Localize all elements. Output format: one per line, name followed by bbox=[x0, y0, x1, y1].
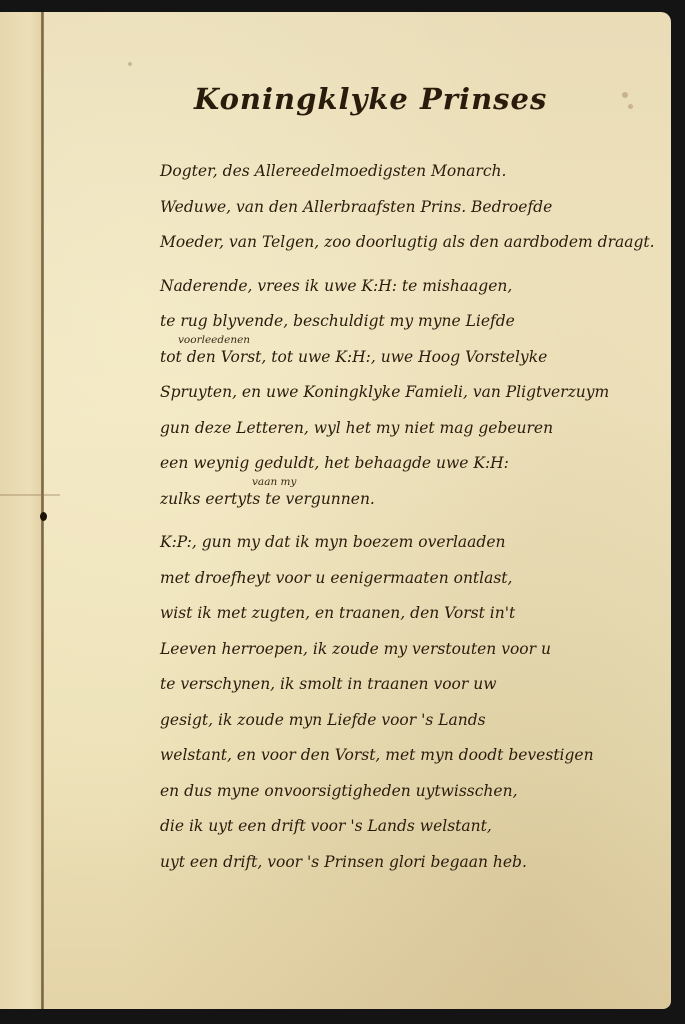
interlinear-insertion: voorleedenen bbox=[178, 334, 250, 346]
page-fold bbox=[41, 12, 44, 1009]
letter-line: Leeven herroepen, ik zoude my verstouten… bbox=[160, 630, 665, 666]
paper-spot bbox=[128, 62, 132, 66]
letter-lines: Dogter, des Allereedelmoedigsten Monarch… bbox=[160, 152, 665, 878]
line-text: die ik uyt een drift voor 's Lands welst… bbox=[160, 817, 492, 835]
letter-line: voorleedenen tot den Vorst, tot uwe K:H:… bbox=[160, 338, 665, 374]
horizontal-crease bbox=[0, 494, 60, 496]
line-text: Weduwe, van den Allerbraafsten Prins. Be… bbox=[160, 198, 552, 216]
letter-line: Moeder, van Telgen, zoo doorlugtig als d… bbox=[160, 223, 665, 259]
letter-line: te rug blyvende, beschuldigt my myne Lie… bbox=[160, 302, 665, 338]
left-page-edge bbox=[0, 12, 42, 1009]
letter-line: Dogter, des Allereedelmoedigsten Monarch… bbox=[160, 152, 665, 188]
letter-line: Spruyten, en uwe Koningklyke Famieli, va… bbox=[160, 373, 665, 409]
letter-salutation: Koningklyke Prinses bbox=[194, 74, 665, 152]
line-text: tot den Vorst, tot uwe K:H:, uwe Hoog Vo… bbox=[160, 348, 547, 366]
letter-line: wist ik met zugten, en traanen, den Vors… bbox=[160, 594, 665, 630]
letter-line: en dus myne onvoorsigtigheden uytwissche… bbox=[160, 772, 665, 808]
ink-blot bbox=[40, 512, 47, 521]
letter-body: Koningklyke Prinses Dogter, des Allereed… bbox=[160, 74, 665, 878]
letter-line: die ik uyt een drift voor 's Lands welst… bbox=[160, 807, 665, 843]
letter-line: Naderende, vrees ik uwe K:H: te mishaage… bbox=[160, 267, 665, 303]
letter-line: gun deze Letteren, wyl het my niet mag g… bbox=[160, 409, 665, 445]
line-text: te rug blyvende, beschuldigt my myne Lie… bbox=[160, 312, 515, 330]
line-text: en dus myne onvoorsigtigheden uytwissche… bbox=[160, 782, 518, 800]
line-text: welstant, en voor den Vorst, met myn doo… bbox=[160, 746, 594, 764]
letter-line: gesigt, ik zoude myn Liefde voor 's Land… bbox=[160, 701, 665, 737]
line-text: gesigt, ik zoude myn Liefde voor 's Land… bbox=[160, 711, 486, 729]
line-text: K:P:, gun my dat ik myn boezem overlaade… bbox=[160, 533, 506, 551]
line-text: Dogter, des Allereedelmoedigsten Monarch… bbox=[160, 162, 506, 180]
line-text: Moeder, van Telgen, zoo doorlugtig als d… bbox=[160, 233, 655, 251]
letter-line: met droefheyt voor u eenigermaaten ontla… bbox=[160, 559, 665, 595]
letter-line: Weduwe, van den Allerbraafsten Prins. Be… bbox=[160, 188, 665, 224]
line-text: een weynig geduldt, het behaagde uwe K:H… bbox=[160, 454, 509, 472]
line-text: zulks eertyts te vergunnen. bbox=[160, 490, 375, 508]
line-text: met droefheyt voor u eenigermaaten ontla… bbox=[160, 569, 512, 587]
interlinear-insertion: vaan my bbox=[252, 476, 296, 488]
letter-line: K:P:, gun my dat ik myn boezem overlaade… bbox=[160, 523, 665, 559]
line-text: te verschynen, ik smolt in traanen voor … bbox=[160, 675, 496, 693]
letter-line: te verschynen, ik smolt in traanen voor … bbox=[160, 665, 665, 701]
line-text: Leeven herroepen, ik zoude my verstouten… bbox=[160, 640, 551, 658]
letter-line: uyt een drift, voor 's Prinsen glori beg… bbox=[160, 843, 665, 879]
letter-line: welstant, en voor den Vorst, met myn doo… bbox=[160, 736, 665, 772]
manuscript-scan: Koningklyke Prinses Dogter, des Allereed… bbox=[0, 12, 671, 1009]
letter-line: een weynig geduldt, het behaagde uwe K:H… bbox=[160, 444, 665, 480]
letter-line: vaan my zulks eertyts te vergunnen. bbox=[160, 480, 665, 516]
line-text: wist ik met zugten, en traanen, den Vors… bbox=[160, 604, 515, 622]
line-text: gun deze Letteren, wyl het my niet mag g… bbox=[160, 419, 553, 437]
line-text: Naderende, vrees ik uwe K:H: te mishaage… bbox=[160, 277, 512, 295]
line-text: Spruyten, en uwe Koningklyke Famieli, va… bbox=[160, 383, 609, 401]
line-text: uyt een drift, voor 's Prinsen glori beg… bbox=[160, 853, 527, 871]
